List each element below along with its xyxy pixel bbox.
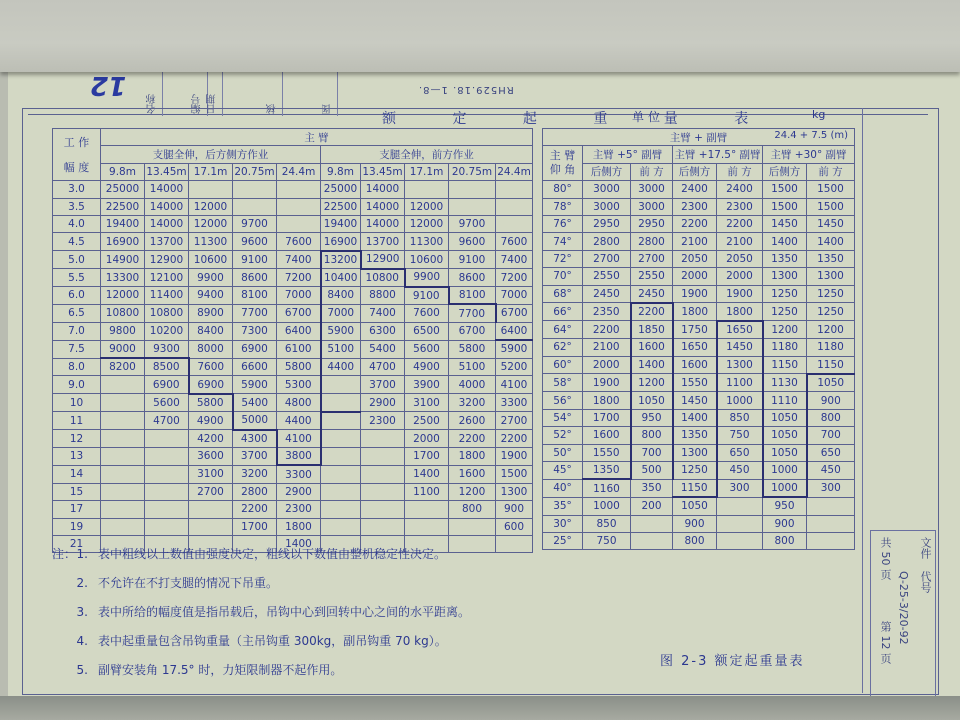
load-cell: 800 (631, 427, 673, 444)
load-cell: 3000 (583, 181, 631, 198)
load-cell: 8800 (361, 287, 405, 305)
doc-code: Q-25-3/20-92 (897, 571, 910, 645)
boom-length-header: 13.45m (145, 163, 189, 180)
table-row: 78°300030002300230015001500 (543, 198, 855, 215)
load-cell: 7700 (233, 304, 277, 322)
load-cell (145, 501, 189, 518)
load-cell: 1300 (673, 444, 717, 461)
load-cell: 3100 (405, 394, 449, 412)
load-cell: 900 (673, 515, 717, 532)
load-cell: 9400 (189, 287, 233, 305)
angle-cell: 70° (543, 268, 583, 285)
load-cell: 19400 (321, 215, 361, 232)
load-cell: 4400 (321, 358, 361, 376)
radius-cell: 12 (53, 430, 101, 448)
boom-length-header: 20.75m (233, 163, 277, 180)
load-cell: 7600 (189, 358, 233, 376)
table-row: 40°116035011503001000300 (543, 479, 855, 497)
angle-cell: 72° (543, 250, 583, 267)
load-cell: 9600 (449, 233, 496, 251)
angle-cell: 74° (543, 233, 583, 250)
load-cell: 2950 (583, 215, 631, 232)
load-cell (101, 465, 145, 483)
table-row: 1147004900500044002300250026002700 (53, 412, 533, 430)
boom-length-header: 24.4m (277, 163, 321, 180)
load-cell: 4900 (189, 412, 233, 430)
load-cell: 7600 (405, 304, 449, 322)
load-cell: 3000 (583, 198, 631, 215)
load-cell (101, 394, 145, 412)
load-cell: 4900 (405, 358, 449, 376)
table-row: 72°270027002050205013501350 (543, 250, 855, 267)
load-cell (321, 448, 361, 466)
load-cell: 3000 (631, 198, 673, 215)
load-cell: 2900 (361, 394, 405, 412)
load-cell: 7400 (361, 304, 405, 322)
load-cell: 5800 (277, 358, 321, 376)
load-cell: 2700 (496, 412, 533, 430)
load-cell: 8900 (189, 304, 233, 322)
load-cell: 7400 (496, 251, 533, 269)
table-row: 5.51330012100990086007200104001080099008… (53, 269, 533, 287)
load-cell: 1500 (496, 465, 533, 483)
note-item: 3.表中所给的幅度值是指吊载后，吊钩中心到回转中心之间的水平距离。 (52, 598, 470, 627)
load-cell: 3700 (233, 448, 277, 466)
load-cell: 4800 (277, 394, 321, 412)
load-cell: 350 (631, 479, 673, 497)
load-cell: 13700 (145, 233, 189, 251)
load-cell: 1200 (449, 483, 496, 500)
boom-length-header: 20.75m (449, 163, 496, 180)
load-cell: 7000 (496, 287, 533, 305)
note-item: 4.表中起重量包含吊钩重量（主吊钩重 300kg，副吊钩重 70 kg）。 (52, 627, 470, 656)
load-cell: 2200 (583, 321, 631, 339)
load-cell: 3800 (277, 448, 321, 466)
load-cell: 12000 (189, 198, 233, 215)
load-cell: 7600 (496, 233, 533, 251)
boom-length-header: 17.1m (405, 163, 449, 180)
load-cell: 1200 (631, 374, 673, 392)
load-cell: 1700 (405, 448, 449, 466)
load-cell: 1550 (673, 374, 717, 392)
load-cell: 5600 (145, 394, 189, 412)
load-cell (717, 515, 763, 532)
angle-cell: 54° (543, 409, 583, 426)
angle-cell: 80° (543, 181, 583, 198)
load-cell: 8600 (233, 269, 277, 287)
load-cell: 1550 (583, 444, 631, 461)
table-row: 14310032003300140016001500 (53, 465, 533, 483)
load-cell: 9100 (405, 287, 449, 305)
radius-cell: 14 (53, 465, 101, 483)
main-boom-load-table: 工 作 幅 度 主 臂 支腿全伸，后方侧方作业 支腿全伸，前方作业 9.8m13… (52, 128, 533, 553)
note-number: 2. (66, 569, 88, 598)
load-cell: 2200 (673, 215, 717, 232)
load-cell: 750 (717, 427, 763, 444)
load-cell: 8200 (101, 358, 145, 376)
boom-length-header: 17.1m (189, 163, 233, 180)
jib-group-label: 主臂 + 副臂 (670, 132, 727, 144)
load-cell: 450 (717, 461, 763, 479)
load-cell (277, 181, 321, 198)
load-cell: 3100 (189, 465, 233, 483)
load-cell: 1300 (763, 268, 807, 285)
load-cell: 2600 (449, 412, 496, 430)
load-cell: 2050 (673, 250, 717, 267)
load-cell (321, 465, 361, 483)
load-cell (496, 181, 533, 198)
load-cell: 1050 (763, 444, 807, 461)
load-cell: 12100 (145, 269, 189, 287)
table-row: 50°155070013006501050650 (543, 444, 855, 461)
corner-line: 工 作 (53, 135, 100, 150)
radius-cell: 8.0 (53, 358, 101, 376)
load-cell: 2200 (233, 501, 277, 518)
load-cell: 1800 (717, 303, 763, 321)
load-cell: 1150 (763, 356, 807, 374)
load-cell: 25000 (321, 181, 361, 198)
load-cell: 1900 (496, 448, 533, 466)
load-cell: 8400 (321, 287, 361, 305)
load-cell: 800 (763, 532, 807, 549)
load-cell (277, 198, 321, 215)
angle-cell: 60° (543, 356, 583, 374)
load-cell: 200 (631, 497, 673, 515)
load-cell (631, 532, 673, 549)
load-cell: 3900 (405, 376, 449, 394)
radius-cell: 13 (53, 448, 101, 466)
load-cell: 7700 (449, 304, 496, 322)
load-cell: 1450 (717, 339, 763, 356)
load-cell: 1180 (763, 339, 807, 356)
load-cell: 2050 (717, 250, 763, 267)
jib-17-5deg-header: 主臂 +17.5° 副臂 (673, 146, 763, 163)
load-cell: 5900 (233, 376, 277, 394)
load-cell: 2550 (583, 268, 631, 285)
load-cell: 1500 (807, 181, 855, 198)
load-cell (101, 430, 145, 448)
load-cell: 7400 (277, 251, 321, 269)
load-cell: 1400 (807, 233, 855, 250)
load-cell: 1700 (233, 518, 277, 535)
load-cell: 2700 (631, 250, 673, 267)
load-cell: 2400 (673, 181, 717, 198)
load-cell: 850 (717, 409, 763, 426)
jib-30deg-header: 主臂 +30° 副臂 (763, 146, 855, 163)
load-cell: 12000 (405, 215, 449, 232)
table-row: 68°245024501900190012501250 (543, 285, 855, 303)
figure-caption: 图 2-3 额定起重量表 (660, 650, 805, 669)
load-cell: 5800 (189, 394, 233, 412)
radius-cell: 19 (53, 518, 101, 535)
load-cell: 10600 (189, 251, 233, 269)
load-cell (101, 483, 145, 500)
unit-value: kg (812, 108, 825, 121)
load-cell (321, 430, 361, 448)
load-cell: 800 (673, 532, 717, 549)
load-cell (496, 198, 533, 215)
load-cell (405, 501, 449, 518)
load-cell: 2200 (631, 303, 673, 321)
load-cell: 12000 (101, 287, 145, 305)
load-cell: 9300 (145, 340, 189, 358)
load-cell: 4100 (496, 376, 533, 394)
load-cell: 6400 (496, 322, 533, 340)
radius-cell: 11 (53, 412, 101, 430)
load-cell (717, 532, 763, 549)
load-cell: 1600 (449, 465, 496, 483)
load-cell: 3200 (449, 394, 496, 412)
load-cell: 9700 (233, 215, 277, 232)
load-cell: 1350 (763, 250, 807, 267)
load-cell: 6400 (277, 322, 321, 340)
load-cell: 1050 (673, 497, 717, 515)
load-cell: 1180 (807, 339, 855, 356)
load-cell (145, 465, 189, 483)
load-cell: 6700 (277, 304, 321, 322)
direction-header: 后侧方 (763, 163, 807, 180)
load-cell: 4000 (449, 376, 496, 394)
load-cell: 1400 (673, 409, 717, 426)
load-cell (717, 497, 763, 515)
table-row: 6.01200011400940081007000840088009100810… (53, 287, 533, 305)
load-cell: 4700 (361, 358, 405, 376)
load-cell: 7200 (277, 269, 321, 287)
load-cell: 3300 (496, 394, 533, 412)
load-cell: 5100 (321, 340, 361, 358)
load-cell (277, 215, 321, 232)
load-cell: 16900 (101, 233, 145, 251)
load-cell: 2000 (673, 268, 717, 285)
note-number: 1. (66, 540, 88, 569)
load-cell: 1050 (631, 392, 673, 409)
load-cell: 1150 (807, 356, 855, 374)
load-cell: 2350 (583, 303, 631, 321)
load-cell: 8100 (449, 287, 496, 305)
load-cell: 9700 (449, 215, 496, 232)
load-cell (631, 515, 673, 532)
load-cell (361, 465, 405, 483)
load-cell: 650 (717, 444, 763, 461)
notes-section: 注：1.表中粗线以上数值由强度决定，粗线以下数值由整机稳定性决定。 2.不允许在… (52, 540, 470, 685)
radius-cell: 3.5 (53, 198, 101, 215)
load-cell: 2300 (717, 198, 763, 215)
load-cell: 6900 (189, 376, 233, 394)
table-row: 1722002300800900 (53, 501, 533, 518)
load-cell: 650 (807, 444, 855, 461)
front-header: 支腿全伸，前方作业 (321, 146, 533, 163)
corner-line: 仰 角 (543, 163, 582, 177)
load-cell: 1400 (763, 233, 807, 250)
note-item: 注：1.表中粗线以上数值由强度决定，粗线以下数值由整机稳定性决定。 (52, 540, 470, 569)
load-cell: 1250 (673, 461, 717, 479)
load-cell (449, 518, 496, 535)
load-cell: 1050 (763, 427, 807, 444)
load-cell: 1400 (631, 356, 673, 374)
load-cell: 2800 (583, 233, 631, 250)
table-row: 30°850900900 (543, 515, 855, 532)
load-cell: 4100 (277, 430, 321, 448)
overlapping-sheet (0, 0, 960, 72)
radius-cell: 15 (53, 483, 101, 500)
table-row: 45°135050012504501000450 (543, 461, 855, 479)
angle-corner-header: 主 臂 仰 角 (543, 146, 583, 181)
load-cell: 6300 (361, 322, 405, 340)
load-cell: 2100 (717, 233, 763, 250)
table-row: 58°190012001550110011301050 (543, 374, 855, 392)
load-cell (361, 483, 405, 500)
load-cell: 1500 (807, 198, 855, 215)
load-cell: 1200 (763, 321, 807, 339)
table-row: 1917001800600 (53, 518, 533, 535)
load-cell: 1800 (673, 303, 717, 321)
table-row: 3.025000140002500014000 (53, 181, 533, 198)
load-cell: 5800 (449, 340, 496, 358)
table-row: 35°10002001050950 (543, 497, 855, 515)
note-text: 表中起重量包含吊钩重量（主吊钩重 300kg，副吊钩重 70 kg）。 (98, 634, 447, 648)
load-cell: 9100 (449, 251, 496, 269)
table-row: 15270028002900110012001300 (53, 483, 533, 500)
table-row: 56°18001050145010001110900 (543, 392, 855, 409)
radius-cell: 17 (53, 501, 101, 518)
load-cell: 2100 (583, 339, 631, 356)
boom-length-header: 9.8m (101, 163, 145, 180)
boom-length-header: 24.4m (496, 163, 533, 180)
code-label: 代号 (917, 571, 933, 593)
load-cell: 6900 (145, 376, 189, 394)
direction-header: 后侧方 (583, 163, 631, 180)
load-cell: 1600 (583, 427, 631, 444)
load-cell (361, 448, 405, 466)
load-cell: 5900 (321, 322, 361, 340)
table-row: 52°160080013507501050700 (543, 427, 855, 444)
radius-cell: 7.5 (53, 340, 101, 358)
load-cell: 4200 (189, 430, 233, 448)
angle-cell: 76° (543, 215, 583, 232)
load-cell (321, 501, 361, 518)
load-cell: 7000 (277, 287, 321, 305)
note-item: 5.副臂安装角 17.5° 时，力矩限制器不起作用。 (52, 656, 470, 685)
table-row: 66°235022001800180012501250 (543, 303, 855, 321)
load-cell: 1700 (583, 409, 631, 426)
load-cell: 1250 (763, 303, 807, 321)
load-cell: 1750 (673, 321, 717, 339)
load-cell: 1000 (763, 461, 807, 479)
load-cell: 1300 (717, 356, 763, 374)
handwritten-page-number: 12 (90, 70, 126, 100)
load-cell: 14000 (145, 215, 189, 232)
corner-line: 主 臂 (543, 149, 582, 163)
load-cell: 1130 (763, 374, 807, 392)
load-cell: 10800 (145, 304, 189, 322)
load-cell (321, 376, 361, 394)
table-row: 6.51080010800890077006700700074007600770… (53, 304, 533, 322)
load-cell: 5400 (233, 394, 277, 412)
angle-cell: 35° (543, 497, 583, 515)
load-cell: 1800 (277, 518, 321, 535)
load-cell: 3200 (233, 465, 277, 483)
load-cell: 12000 (189, 215, 233, 232)
load-cell (321, 518, 361, 535)
table-row: 62°210016001650145011801180 (543, 339, 855, 356)
load-cell: 7200 (496, 269, 533, 287)
load-cell: 7000 (321, 304, 361, 322)
table-row: 54°170095014008501050800 (543, 409, 855, 426)
load-cell (145, 448, 189, 466)
radius-cell: 10 (53, 394, 101, 412)
main-boom-header: 主 臂 (101, 129, 533, 146)
load-cell: 22500 (321, 198, 361, 215)
load-cell: 11400 (145, 287, 189, 305)
direction-header: 后侧方 (673, 163, 717, 180)
load-cell: 1850 (631, 321, 673, 339)
load-cell: 1350 (673, 427, 717, 444)
load-cell: 800 (449, 501, 496, 518)
load-cell: 5900 (496, 340, 533, 358)
load-cell: 6700 (449, 322, 496, 340)
load-cell (101, 412, 145, 430)
load-cell: 4300 (233, 430, 277, 448)
load-cell (145, 430, 189, 448)
load-cell: 11300 (189, 233, 233, 251)
load-cell: 3600 (189, 448, 233, 466)
load-cell: 19400 (101, 215, 145, 232)
load-cell: 9900 (405, 269, 449, 287)
load-cell: 16900 (321, 233, 361, 251)
load-cell: 14000 (145, 181, 189, 198)
corner-header: 工 作 幅 度 (53, 129, 101, 181)
load-cell: 2300 (277, 501, 321, 518)
load-cell: 9000 (101, 340, 145, 358)
load-cell: 13700 (361, 233, 405, 251)
unit-label: 单位 (632, 108, 664, 125)
load-cell: 1500 (763, 181, 807, 198)
load-cell: 5400 (361, 340, 405, 358)
document-title-block: 文件 代号 Q-25-3/20-92 共 50 页 第 12 页 (870, 530, 936, 707)
desk-edge (0, 696, 960, 720)
load-cell (145, 483, 189, 500)
load-cell: 14900 (101, 251, 145, 269)
note-number: 4. (66, 627, 88, 656)
jib-length-note: 24.4 + 7.5 (m) (774, 130, 848, 141)
load-cell: 850 (583, 515, 631, 532)
boom-length-header: 9.8m (321, 163, 361, 180)
table-row: 70°255025502000200013001300 (543, 268, 855, 285)
load-cell: 14000 (145, 198, 189, 215)
table-row: 60°200014001600130011501150 (543, 356, 855, 374)
load-cell: 1200 (807, 321, 855, 339)
load-cell: 12900 (361, 251, 405, 269)
jib-group-header: 主臂 + 副臂 24.4 + 7.5 (m) (543, 129, 855, 146)
rear-side-header: 支腿全伸，后方侧方作业 (101, 146, 321, 163)
radius-cell: 6.0 (53, 287, 101, 305)
note-number: 5. (66, 656, 88, 685)
note-item: 2.不允许在不打支腿的情况下吊重。 (52, 569, 470, 598)
load-cell: 750 (583, 532, 631, 549)
angle-cell: 52° (543, 427, 583, 444)
load-cell (449, 198, 496, 215)
load-cell (361, 430, 405, 448)
angle-cell: 45° (543, 461, 583, 479)
load-cell: 1300 (807, 268, 855, 285)
radius-cell: 4.5 (53, 233, 101, 251)
load-cell (233, 181, 277, 198)
load-cell: 4400 (277, 412, 321, 430)
load-cell (361, 518, 405, 535)
load-cell (101, 501, 145, 518)
load-cell: 12900 (145, 251, 189, 269)
load-cell: 6700 (496, 304, 533, 322)
